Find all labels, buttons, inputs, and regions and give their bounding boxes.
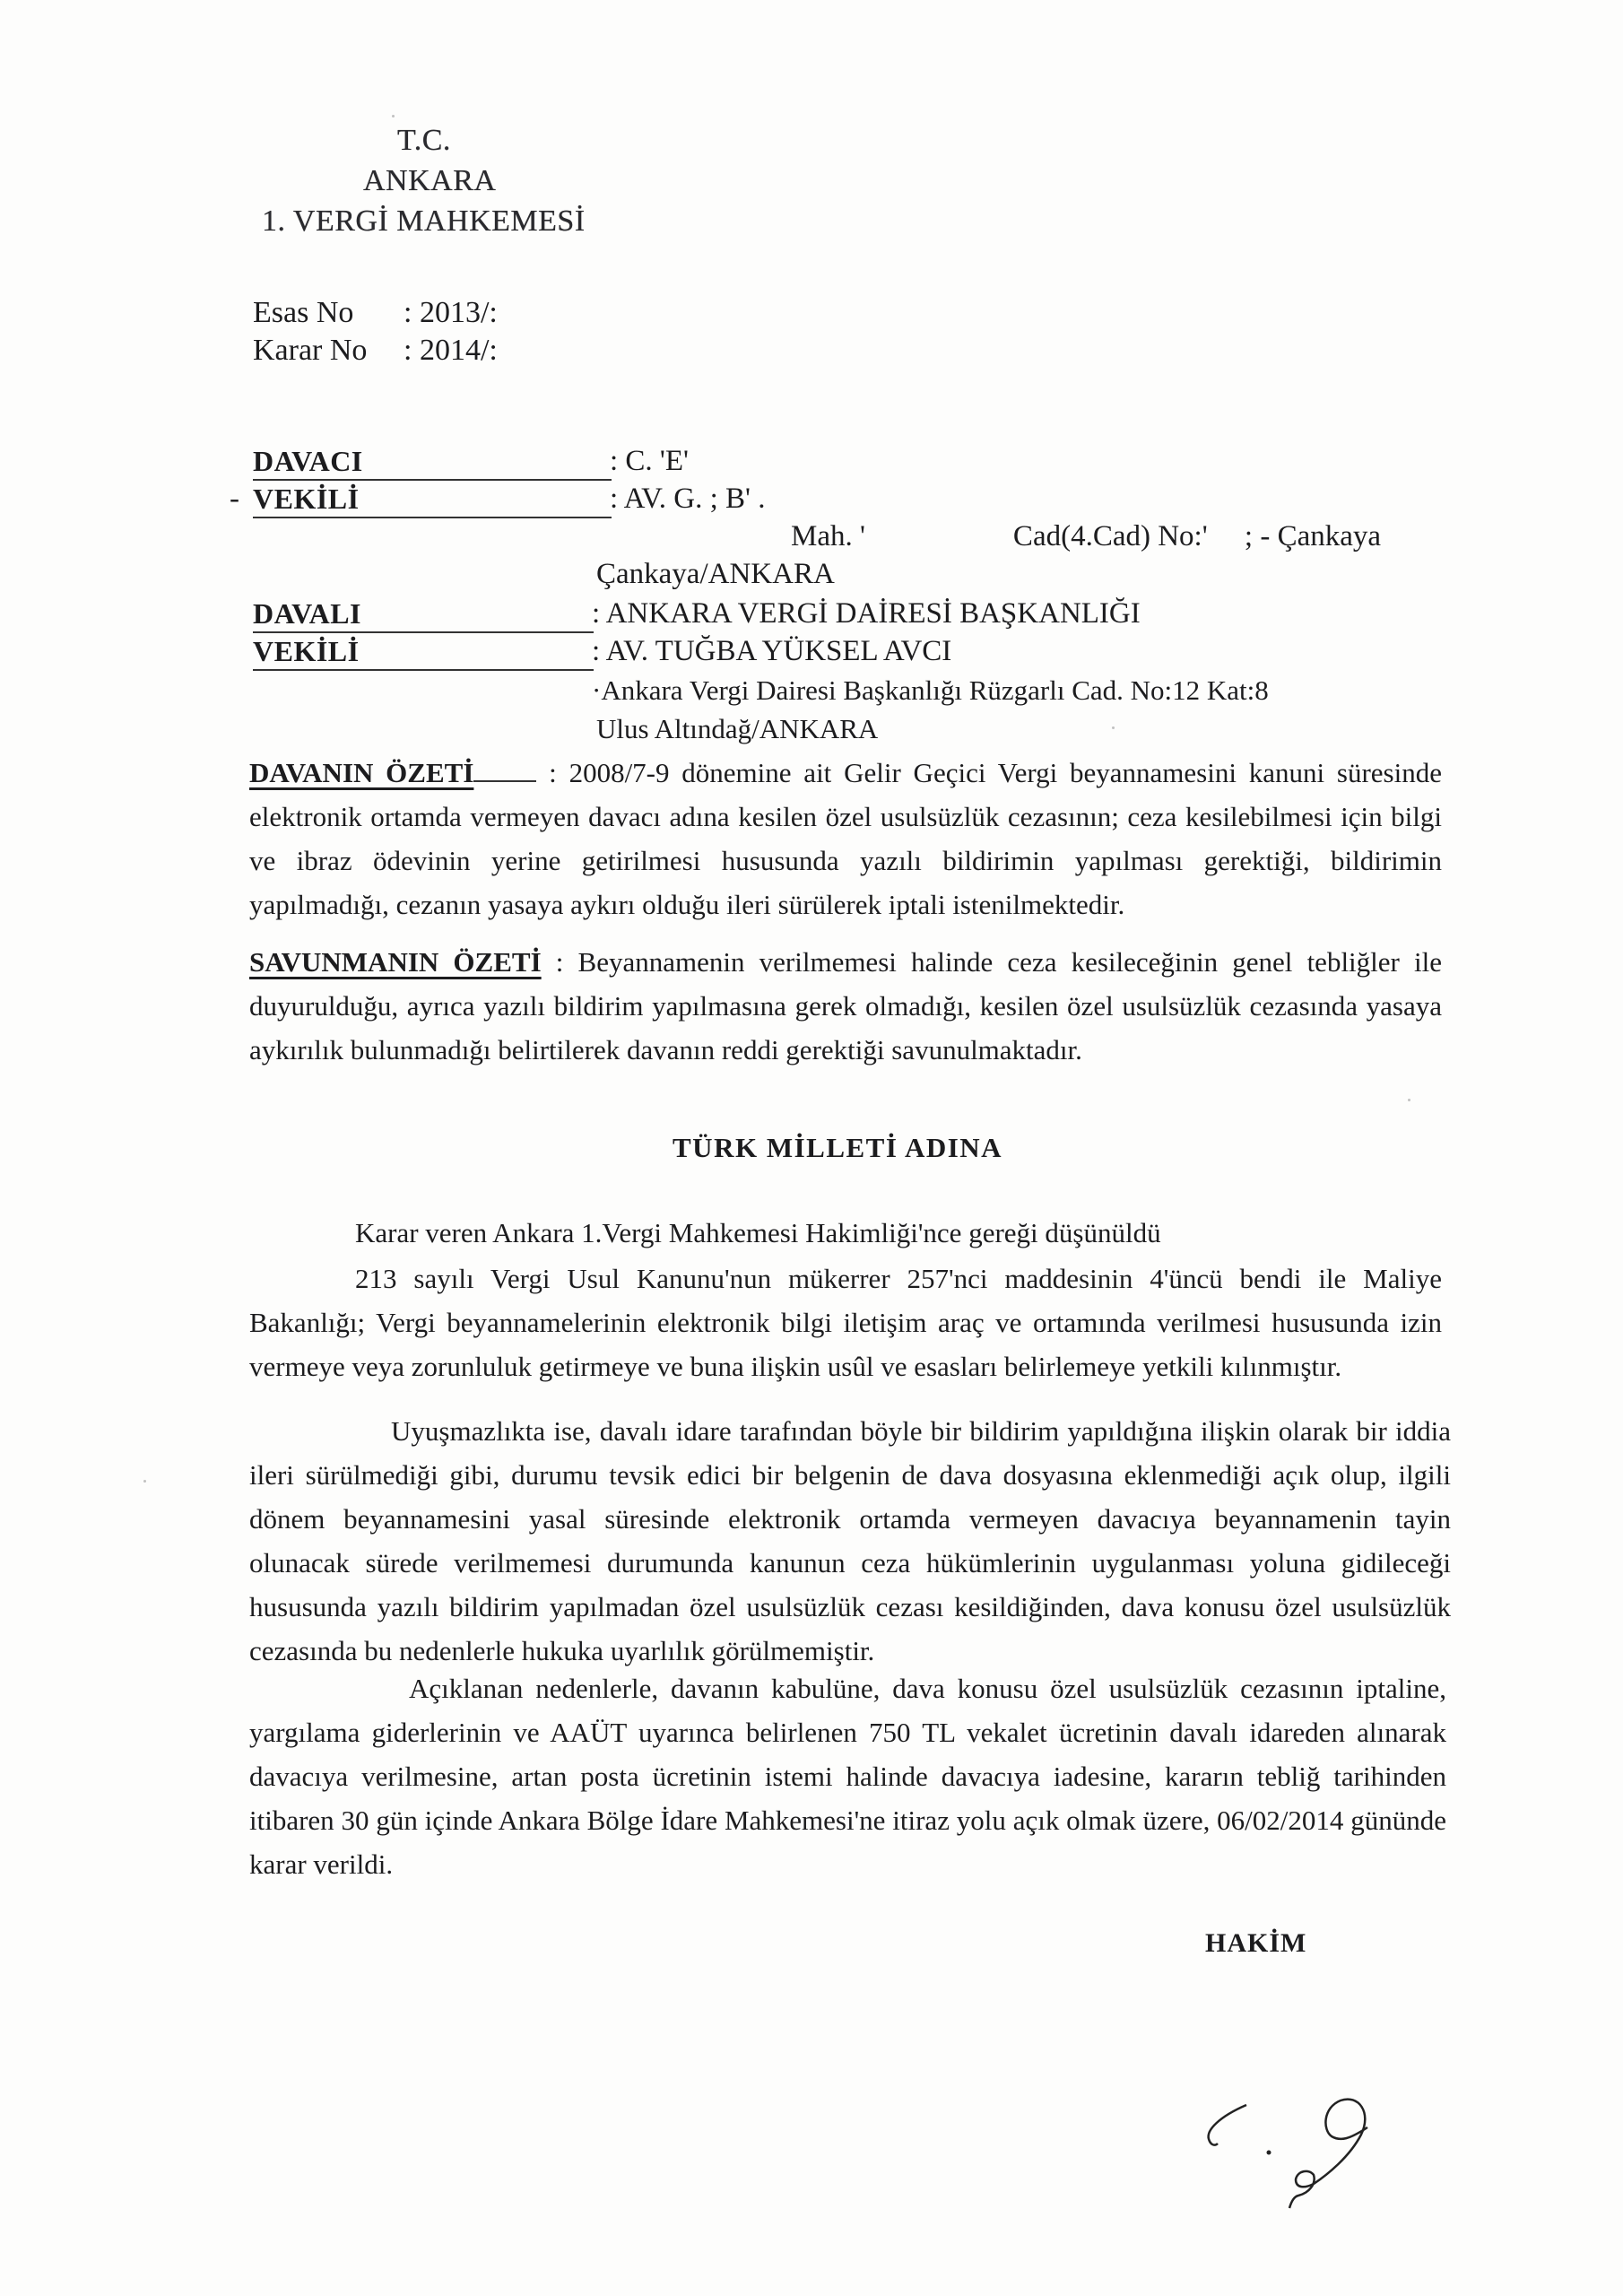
decision-para-1: 213 sayılı Vergi Usul Kanunu'nun mükerre… [249, 1257, 1442, 1388]
decision-para-3: Açıklanan nedenlerle, davanın kabulüne, … [249, 1666, 1446, 1886]
davali-address-line2: Ulus Altındağ/ANKARA [596, 713, 878, 745]
judge-title: HAKİM [1205, 1928, 1306, 1959]
davaci-address-line1: Mah. ' Cad(4.Cad) No:' ; - Çankaya [791, 520, 1381, 553]
scan-speck [1408, 1099, 1410, 1101]
esas-no-value: : 2013/: [404, 296, 498, 330]
court-name: 1. VERGİ MAHKEMESİ [262, 204, 586, 239]
davali-value: : ANKARA VERGİ DAİRESİ BAŞKANLIĞI [592, 597, 1141, 631]
karar-no-value: : 2014/: [404, 334, 498, 368]
decision-para-2: Uyuşmazlıkta ise, davalı idare tarafında… [249, 1409, 1451, 1673]
davaci-address-line2: Çankaya/ANKARA [596, 558, 835, 591]
esas-no-label: Esas No [253, 296, 353, 330]
dash-mark: - [230, 483, 239, 516]
karar-no-label: Karar No [253, 334, 367, 368]
davaci-vekili-underline [253, 517, 612, 518]
davaci-underline [253, 479, 612, 481]
decision-intro: Karar veren Ankara 1.Vergi Mahkemesi Hak… [249, 1211, 1442, 1255]
davali-address-line1: ·Ankara Vergi Dairesi Başkanlığı Rüzgarl… [592, 674, 1269, 707]
savunma-ozeti-section: SAVUNMANIN ÖZETİ : Beyannamenin verilmem… [249, 940, 1442, 1072]
decision-title: TÜRK MİLLETİ ADINA [673, 1132, 1002, 1164]
header-tc: T.C. [397, 124, 451, 158]
savunma-ozeti-label: SAVUNMANIN ÖZETİ [249, 946, 542, 978]
davali-vekili-value: : AV. TUĞBA YÜKSEL AVCI [592, 635, 951, 668]
davali-underline [253, 631, 594, 633]
scan-speck [1112, 726, 1115, 729]
davali-label: DAVALI [253, 597, 361, 631]
davaci-vekili-label: VEKİLİ [253, 483, 360, 516]
davaci-value: : C. 'E' [610, 445, 689, 478]
scan-speck [143, 1480, 146, 1483]
dava-ozeti-underline [473, 779, 536, 782]
davaci-vekili-value: : AV. G. ; B' . [610, 483, 765, 516]
davali-vekili-underline [253, 669, 594, 671]
signature-scribble-icon [1193, 2090, 1462, 2251]
davali-vekili-label: VEKİLİ [253, 635, 360, 668]
davaci-label: DAVACI [253, 445, 363, 478]
dava-ozeti-section: DAVANIN ÖZETİ : 2008/7-9 dönemine ait Ge… [249, 751, 1442, 926]
scan-speck [392, 115, 395, 117]
header-city: ANKARA [363, 164, 496, 198]
dava-ozeti-label: DAVANIN ÖZETİ [249, 757, 473, 788]
